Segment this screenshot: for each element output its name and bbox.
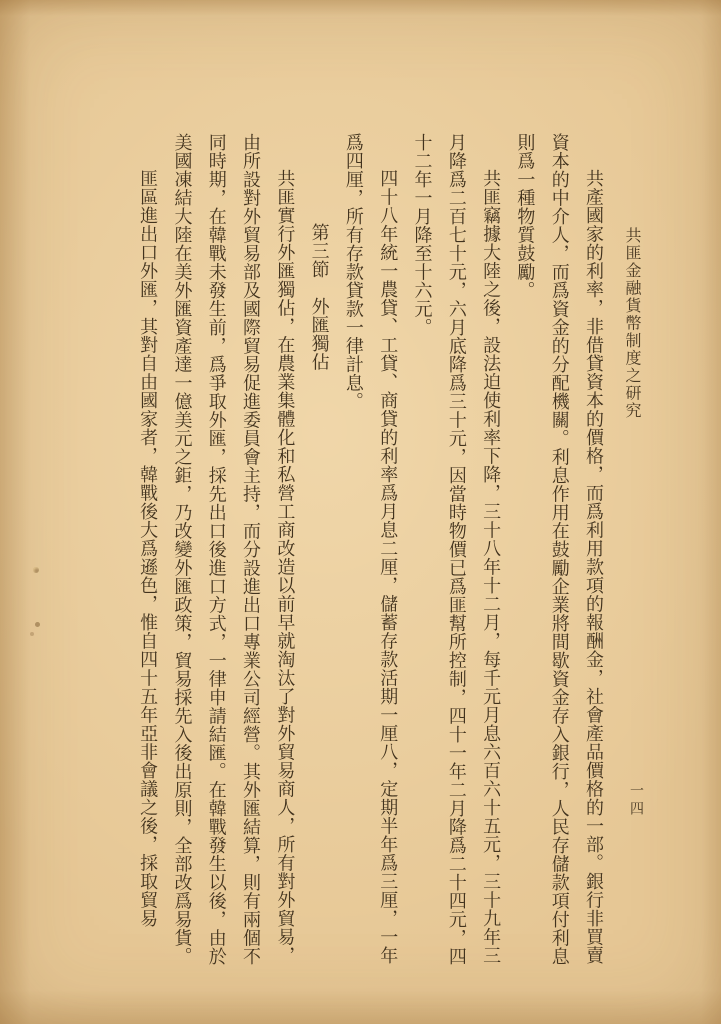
paragraph-rate-decline: 共匪竊據大陸之後，設法迫使利率下降，三十八年十二月，每千元月息六百六十五元，三十… (405, 133, 508, 971)
book-page: 共匪金融貨幣制度之研究 一四 共產國家的利率，非借貸資本的價格，而爲利用款項的報… (0, 0, 721, 1024)
running-title: 共匪金融貨幣制度之研究 (620, 227, 643, 420)
page-content: 共產國家的利率，非借貸資本的價格，而爲利用款項的報酬金，社會產品價格的一部。銀行… (97, 133, 611, 971)
paragraph-interest-rate-nature: 共產國家的利率，非借貸資本的價格，而爲利用款項的報酬金，社會產品價格的一部。銀行… (508, 133, 611, 971)
page-number: 一四 (625, 783, 645, 819)
paper-speck (30, 632, 34, 636)
paper-speck (33, 567, 39, 573)
paragraph-unified-rates: 四十八年統一農貸、工貸、商貸的利率爲月息二厘，儲蓄存款活期一厘八，定期半年爲三厘… (337, 133, 406, 971)
paragraph-forex-free-world: 匪區進出口外匯，其對自由國家者，韓戰後大爲遜色，惟自四十五年亞非會議之後，採取貿… (131, 133, 165, 971)
paragraph-forex-monopoly: 共匪實行外匯獨佔，在農業集體化和私營工商改造以前早就淘汰了對外貿易商人，所有對外… (165, 133, 302, 971)
section-heading: 第三節 外匯獨佔 (302, 133, 336, 971)
paper-speck (35, 622, 40, 627)
